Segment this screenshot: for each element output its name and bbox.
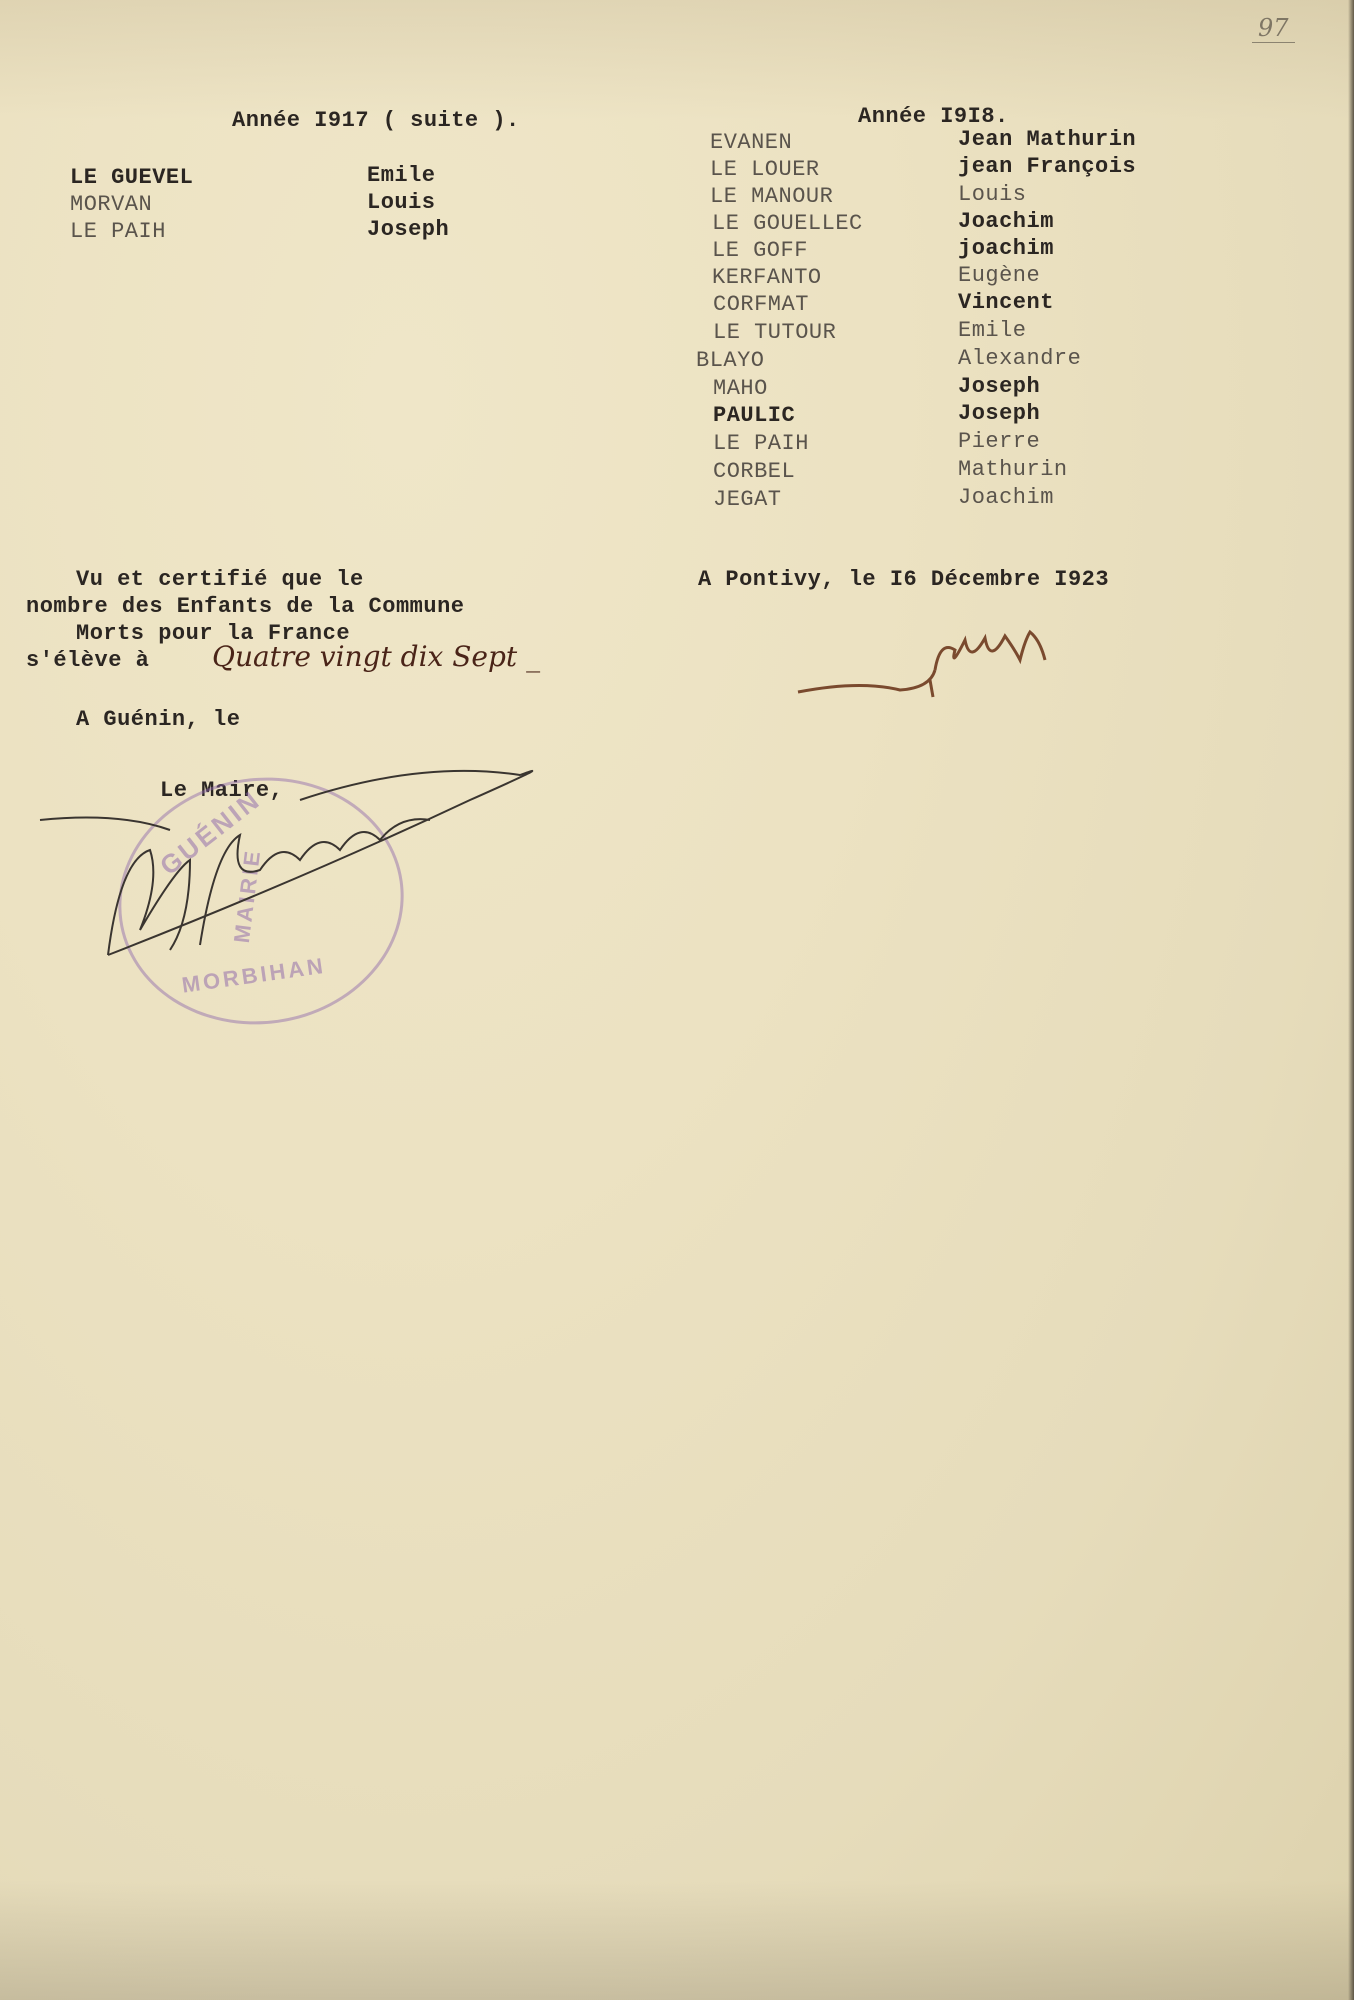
signatures-layer <box>0 0 1354 1100</box>
mayor-signature <box>40 771 532 955</box>
prefect-signature <box>798 632 1045 697</box>
document-page: 97 Année I917 ( suite ). LE GUEVEL Emile… <box>0 0 1354 2000</box>
